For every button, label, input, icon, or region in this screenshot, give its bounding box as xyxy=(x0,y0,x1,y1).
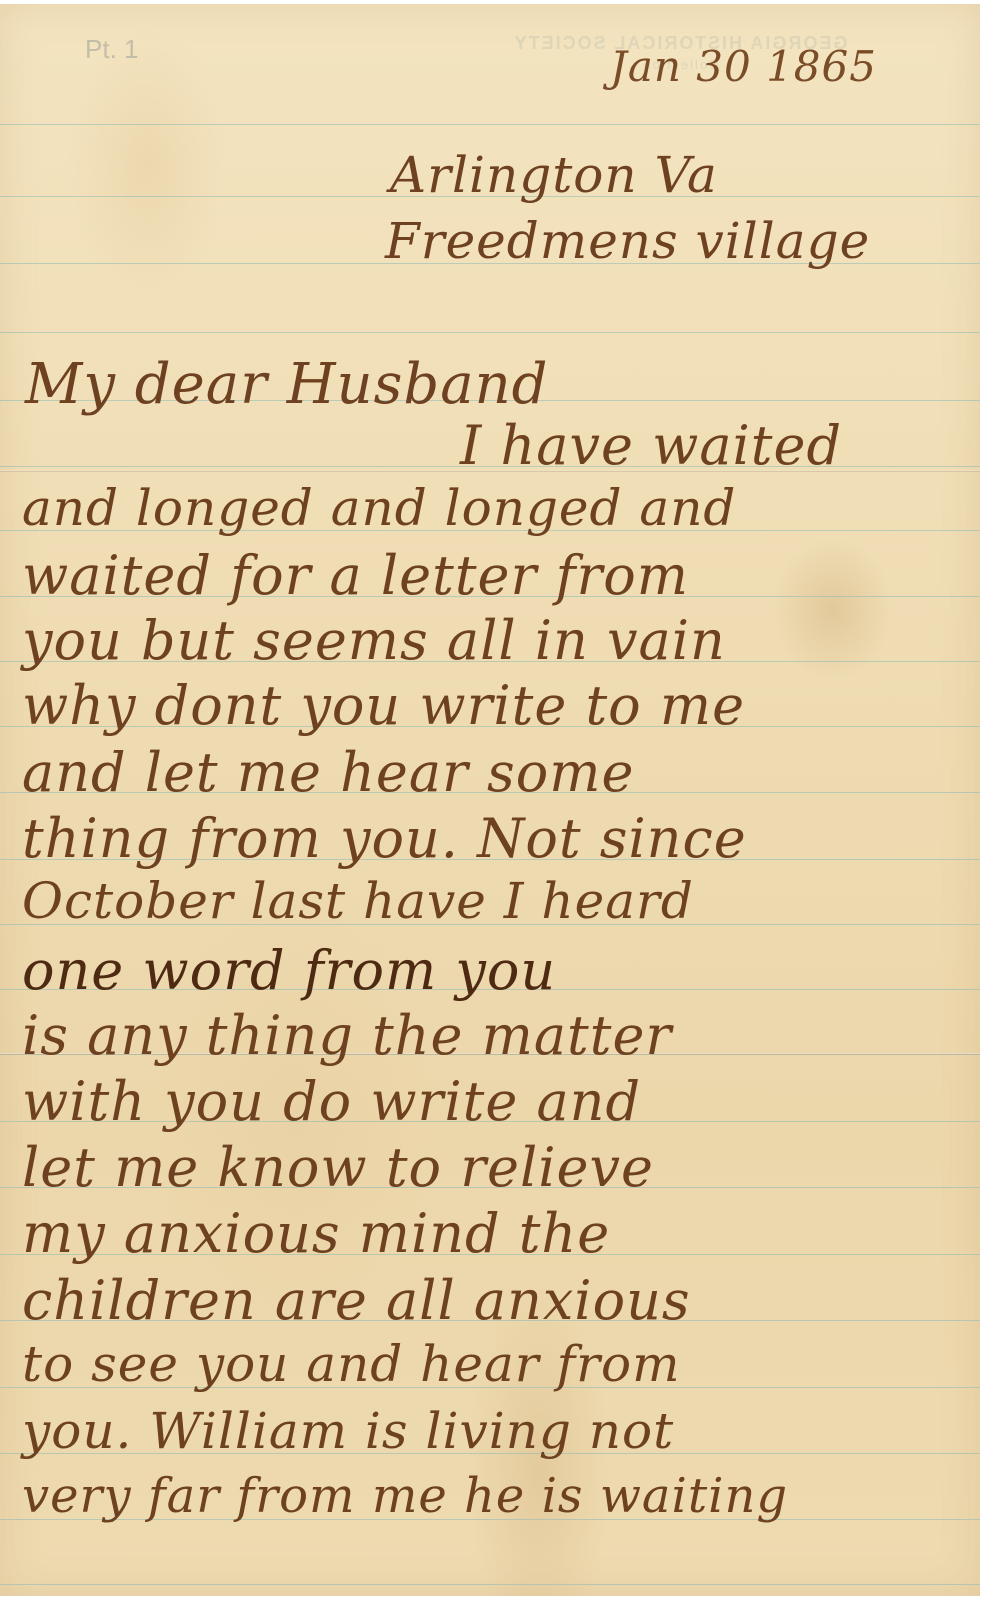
body-line: thing from you. Not since xyxy=(22,807,747,870)
body-line: you but seems all in vain xyxy=(22,609,726,672)
place-line-1: Arlington Va xyxy=(390,146,718,204)
pencil-mark: Pt. 1 xyxy=(85,34,138,65)
body-line: waited for a letter from xyxy=(22,544,689,607)
body-line: one word from you xyxy=(22,939,556,1002)
body-line: to see you and hear from xyxy=(22,1335,681,1393)
body-line: you. William is living not xyxy=(22,1402,674,1460)
body-line: let me know to relieve xyxy=(22,1136,654,1199)
body-line: is any thing the matter xyxy=(22,1004,672,1067)
body-line: and let me hear some xyxy=(22,741,634,804)
body-line: very far from me he is waiting xyxy=(22,1468,788,1524)
body-line: I have waited xyxy=(460,414,842,477)
body-line: children are all anxious xyxy=(22,1269,691,1332)
ruled-line xyxy=(0,332,980,333)
ruled-line xyxy=(0,124,980,125)
salutation: My dear Husband xyxy=(25,352,549,417)
body-line: October last have I heard xyxy=(22,872,694,930)
body-line: with you do write and xyxy=(22,1070,641,1133)
letter-date: Jan 30 1865 xyxy=(610,42,877,91)
body-line: why dont you write to me xyxy=(22,674,745,737)
ruled-line xyxy=(0,1584,980,1585)
place-line-2: Freedmens village xyxy=(385,212,870,270)
letter-page: GEORGIA HISTORICAL SOCIETY Collection Pt… xyxy=(0,4,980,1596)
body-line: and longed and longed and xyxy=(22,479,736,537)
body-line: my anxious mind the xyxy=(22,1202,610,1265)
